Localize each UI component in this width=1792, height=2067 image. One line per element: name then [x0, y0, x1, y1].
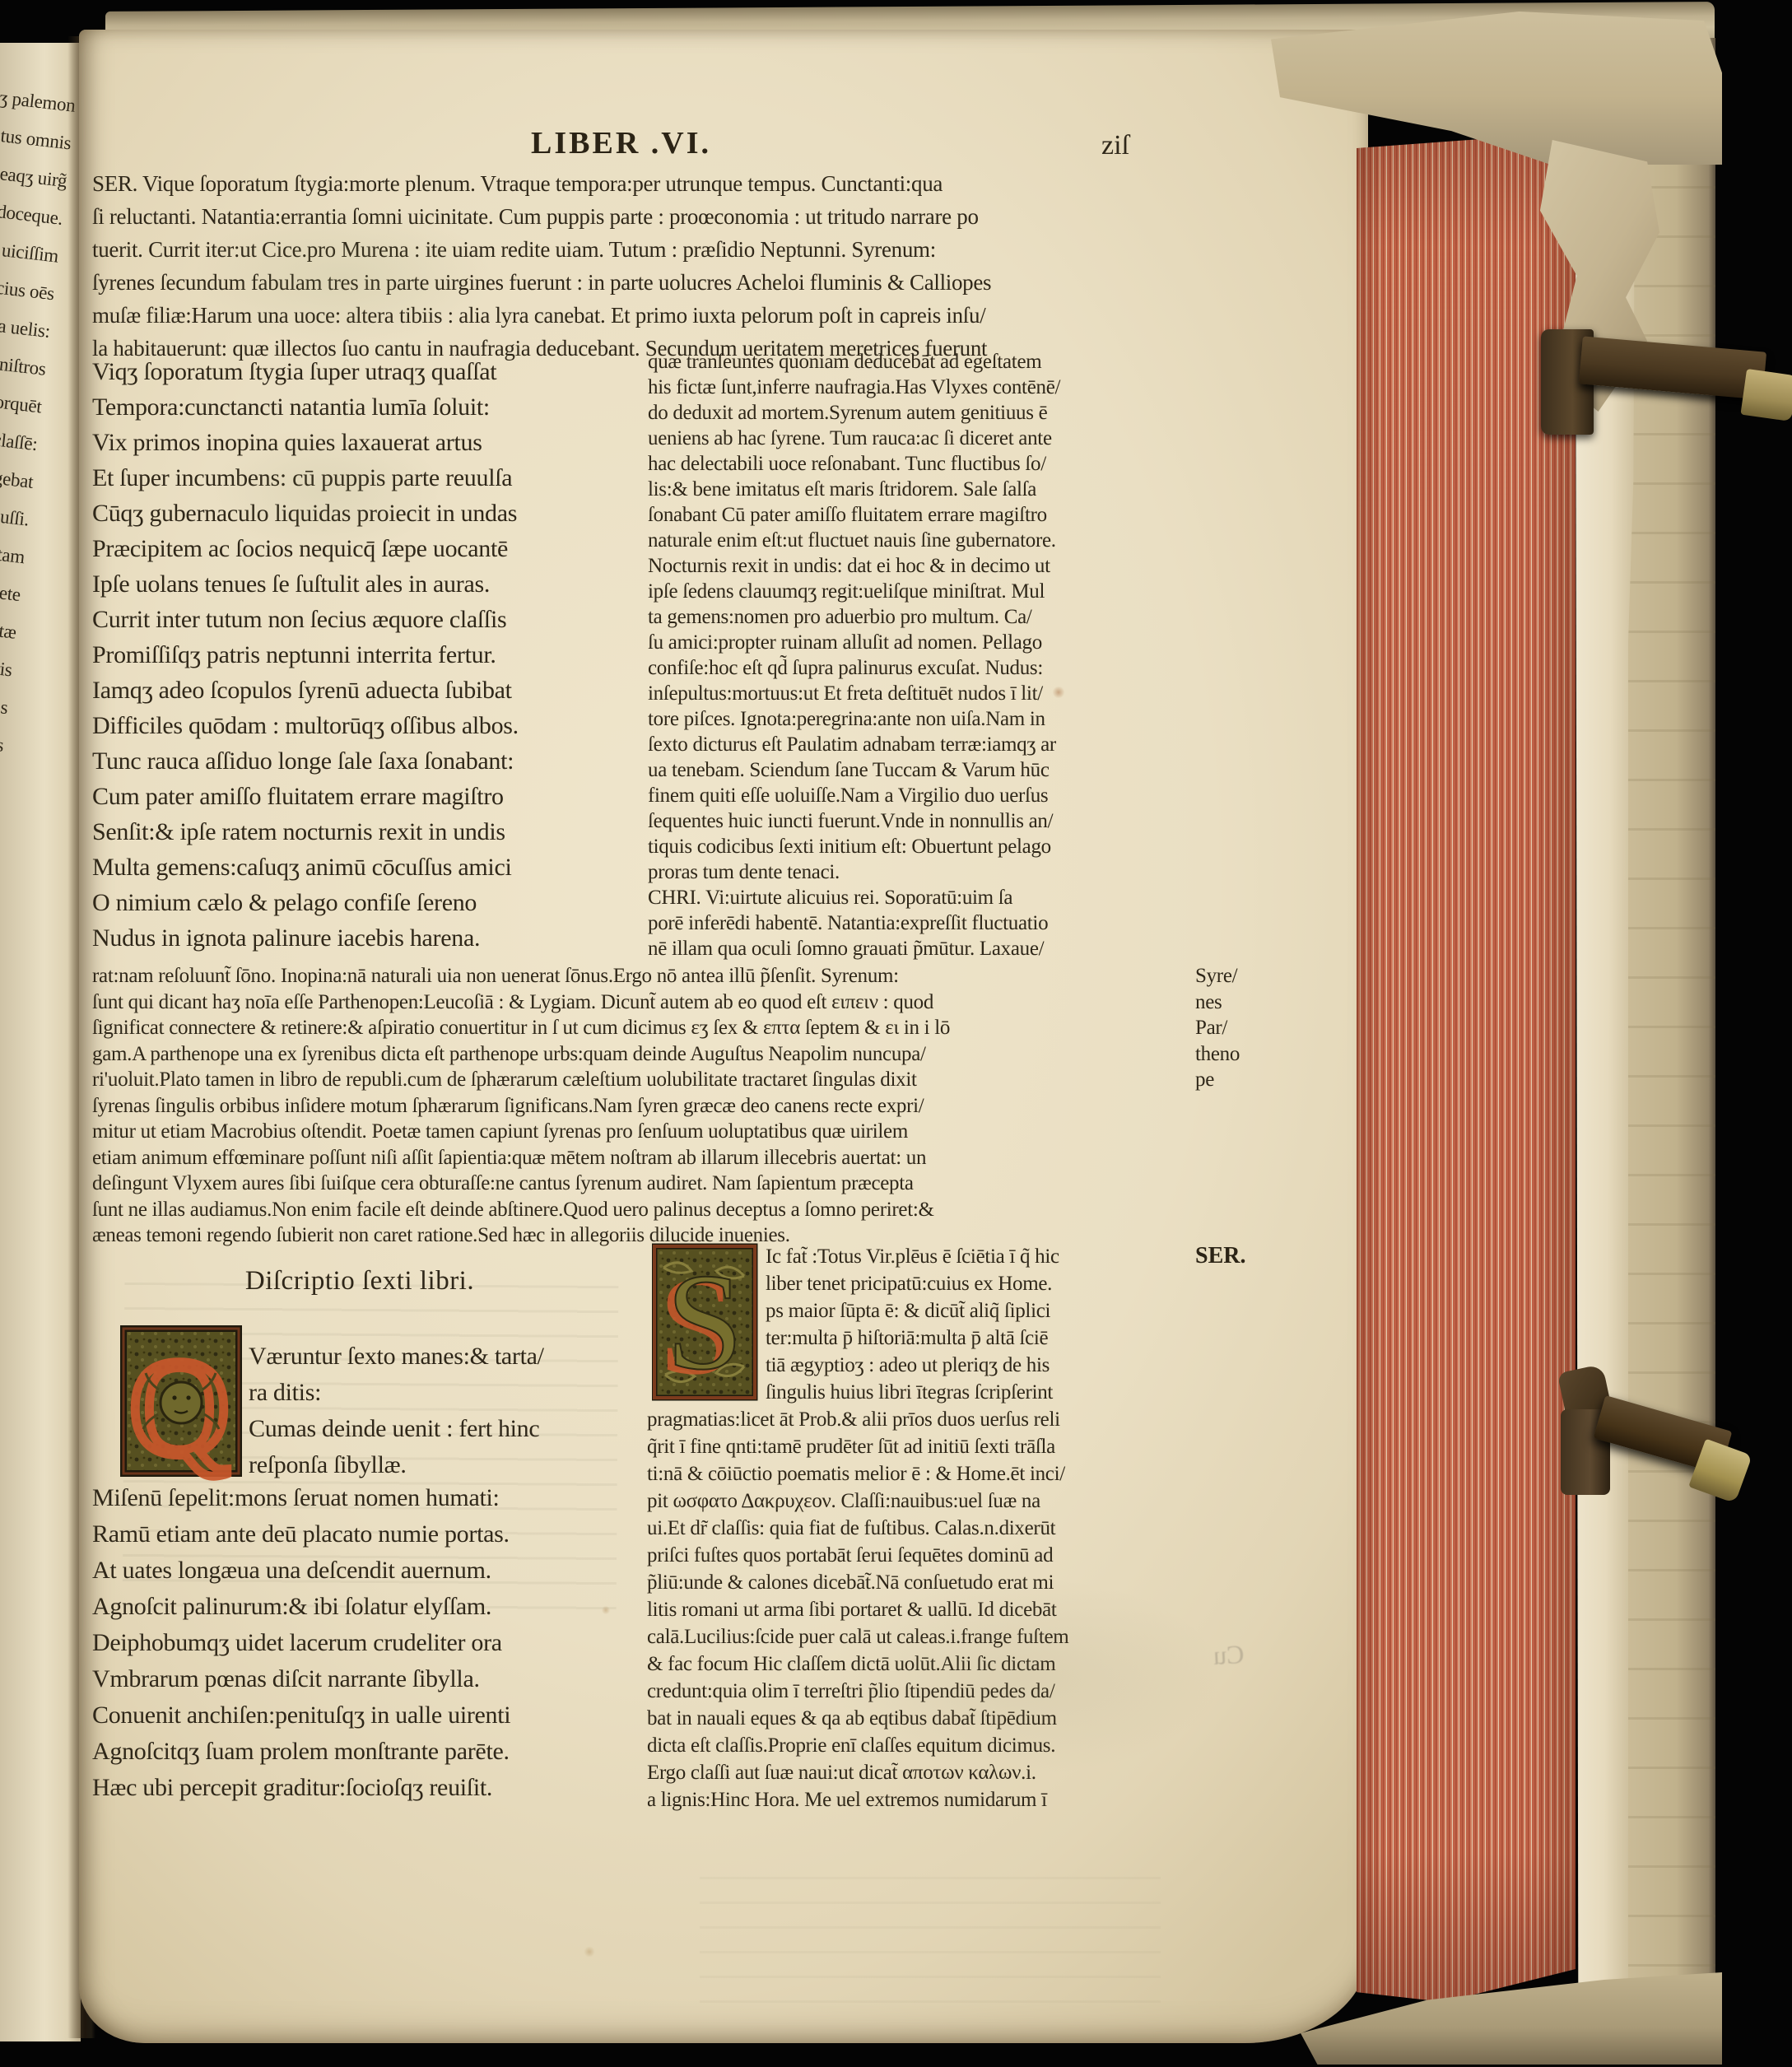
- verse-line: Promiſſiſqʒ patris neptunni interrita fe…: [92, 637, 519, 673]
- commentary-line: pragmatias:licet āt Prob.& alii prīos du…: [647, 1406, 1068, 1433]
- verse-line: Et ſuper incumbens: cū puppis parte reuu…: [92, 460, 519, 496]
- commentary-line: ſignificat connectere & retinere:& aſpir…: [92, 1015, 950, 1041]
- commentary-line: pit ωσφατο Δακρυχεον. Claſſi:nauibus:uel…: [647, 1487, 1068, 1515]
- commentary-line: priſci fuſtes quos portabāt ſerui ſequēt…: [647, 1542, 1068, 1569]
- verse-line: Deiphobumqʒ uidet lacerum crudeliter ora: [92, 1625, 510, 1661]
- commentary-line: mitur ut etiam Macrobius oſtendit. Poetæ…: [92, 1119, 950, 1145]
- verse-line: Iamqʒ adeo ſcopulos ſyrenū aduecta ſubib…: [92, 673, 519, 708]
- ink-offset-mark: Cu: [1213, 1639, 1245, 1671]
- commentary-line: ua tenebam. Sciendum ſane Tuccam & Varum…: [648, 757, 1060, 783]
- commentary-line: ſi reluctanti. Natantia:errantia ſomni u…: [92, 200, 991, 233]
- folio-number: ziſ: [1101, 130, 1129, 161]
- commentary-line: a lignis:Hinc Hora. Me uel extremos numi…: [647, 1786, 1068, 1813]
- commentary-line: ti:nā & cōiūctio poematis melior ē : & H…: [647, 1460, 1068, 1487]
- commentary-line: Nocturnis rexit in undis: dat ei hoc & i…: [648, 553, 1060, 579]
- commentary-line: quæ tranſeuntes quoniam deducebāt ad ege…: [648, 349, 1060, 375]
- verse-line: Vix primos inopina quies laxauerat artus: [92, 425, 519, 460]
- verse-lines-below-initial: Miſenū ſepelit:mons ſeruat nomen humati:…: [92, 1480, 510, 1806]
- verse-line: Multa gemens:caſuqʒ animū cōcuſſus amici: [92, 850, 519, 885]
- commentary-line: nē illam qua oculi ſomno grauati p̃mūtur…: [648, 936, 1060, 961]
- commentary-line: ter:multa p̄ hiſtoriā:multa p̄ altā ſciē: [766, 1324, 1059, 1352]
- verse-line: Hæc ubi percepit graditur:ſocioſqʒ reuiſ…: [92, 1770, 510, 1806]
- marginal-note-line: Par/: [1195, 1015, 1240, 1041]
- verse-line: reſponſa ſibyllæ.: [249, 1447, 544, 1483]
- marginal-note-line: pe: [1195, 1067, 1240, 1093]
- verse-line: Cum pater amiſſo fluitatem errare magiſt…: [92, 779, 519, 814]
- commentary-line: do deduxit ad mortem.Syrenum autem genit…: [648, 400, 1060, 426]
- commentary-line: lis:& bene imitatus eſt maris ſtridorem.…: [648, 477, 1060, 502]
- commentary-line: ſu amici:propter ruinam alluſit ad nomen…: [648, 630, 1060, 655]
- commentary-line: rat:nam reſoluunt̃ ſōno. Inopina:nā natu…: [92, 963, 950, 989]
- commentary-line: ſunt ne illas audiamus.Non enim facile e…: [92, 1197, 950, 1223]
- commentary-line: ſingulis huius libri ītegras ſcripſerint: [766, 1379, 1059, 1406]
- verse-line: Tunc rauca aſſiduo longe ſale ſaxa ſonab…: [92, 743, 519, 779]
- commentary-line: hac delectabili uoce reſonabant. Tunc fl…: [648, 451, 1060, 477]
- initial-q-woodcut-icon: Q: [120, 1324, 244, 1482]
- commentary-line: liber tenet pricipatū:cuius ex Home.: [766, 1270, 1059, 1297]
- commentary-line: q̃rit ī fine qnti:tamē prudēter ſūt ad i…: [647, 1433, 1068, 1460]
- commentary-line: Ergo claſſi aut ſuæ naui:ut dicat̃ αποτω…: [647, 1759, 1068, 1786]
- initial-s-woodcut-icon: S S: [652, 1243, 759, 1403]
- commentary-line: Ic fat̃ :Totus Vir.plēus ē ſciētia ī q̃ …: [766, 1243, 1059, 1270]
- commentary-line: ipſe ſedens clauumqʒ regit:ueliſque mini…: [648, 579, 1060, 604]
- commentary-line: ſunt qui dicant haʒ noīa eſſe Parthenope…: [92, 989, 950, 1016]
- verse-line: At uates longæua una deſcendit auernum.: [92, 1553, 510, 1589]
- verse-line: Agnoſcit palinurum:& ibi ſolatur elyſſam…: [92, 1589, 510, 1625]
- verse-line: Tempora:cunctancti natantia lumīa ſoluit…: [92, 389, 519, 425]
- verse-line: O nimium cælo & pelago confiſe ſereno: [92, 885, 519, 920]
- commentary-line: ueniens ab hac ſyrene. Tum rauca:ac ſi d…: [648, 426, 1060, 451]
- commentary-line: tore piſces. Ignota:peregrina:ante non u…: [648, 706, 1060, 732]
- verse-line: Difficiles quōdam : multorūqʒ oſſibus al…: [92, 708, 519, 743]
- commentary-line: tiquis codicibus ſexti initium eſt: Obue…: [648, 834, 1060, 859]
- commentary-line: porē inferēdi habentē. Natantia:expreſſi…: [648, 910, 1060, 936]
- verse-line: Currit inter tutum non ſecius æquore cla…: [92, 602, 519, 637]
- commentary-line: tuerit. Currit iter:ut Cice.pro Murena :…: [92, 233, 991, 266]
- marginal-note-ser: SER.: [1195, 1243, 1245, 1269]
- commentary-line: litis romani ut arma ſibi portaret & ual…: [647, 1596, 1068, 1623]
- marginal-note-syrenes: Syre/nesPar/thenope: [1195, 963, 1240, 1093]
- virgil-verse-column: Viqʒ ſoporatum ſtygia ſuper utraqʒ quaſſ…: [92, 354, 519, 956]
- commentary-line: SER. Vique ſoporatum ſtygia:morte plenum…: [92, 167, 991, 200]
- commentary-line: proras tum dente tenaci.: [648, 859, 1060, 885]
- commentary-beside-initial: Ic fat̃ :Totus Vir.plēus ē ſciētia ī q̃ …: [766, 1243, 1059, 1406]
- marginal-note-line: nes: [1195, 989, 1240, 1016]
- commentary-line: tiā ægyptioʒ : adeo ut pleriqʒ de his: [766, 1352, 1059, 1379]
- commentary-line: credunt:quia olim ī terreſtri p̃lio ſtip…: [647, 1678, 1068, 1705]
- commentary-line: naturale enim eſt:ut fluctuet nauis ſine…: [648, 528, 1060, 553]
- facing-page-text-line: uſqʒ palemon: [0, 57, 77, 124]
- verse-line: Conuenit anchiſen:penituſqʒ in ualle uir…: [92, 1697, 510, 1734]
- commentary-line: deſingunt Vlyxem aures ſibi ſuiſque cera…: [92, 1171, 950, 1197]
- section-heading: Diſcriptio ſexti libri.: [92, 1266, 627, 1297]
- verse-line: Agnoſcitqʒ ſuam prolem monſtrante parēte…: [92, 1734, 510, 1770]
- commentary-line: ps maior ſūpta ē: & dicūt̃ aliq̃ ſiplici: [766, 1297, 1059, 1324]
- commentary-line: ſyrenas ſingulis orbibus inſidere motum …: [92, 1093, 950, 1120]
- commentary-line: ſexto dicturus eſt Paulatim adnabam terr…: [648, 732, 1060, 757]
- verse-lines-beside-initial: Væruntur ſexto manes:& tarta/ra ditis:Cu…: [249, 1338, 544, 1483]
- verse-line: Cūqʒ gubernaculo liquidas proiecit in un…: [92, 496, 519, 531]
- verse-line: Ramū etiam ante deū placato numie portas…: [92, 1516, 510, 1553]
- commentary-line: finem quiti eſſe uoluiſſe.Nam a Virgilio…: [648, 783, 1060, 808]
- verse-line: Nudus in ignota palinure iacebis harena.: [92, 920, 519, 956]
- verse-line: Cumas deinde uenit : fert hinc: [249, 1411, 544, 1447]
- commentary-line: ſequentes huic iuncti fuerunt.Vnde in no…: [648, 808, 1060, 834]
- back-pages-edge: [1566, 145, 1638, 2012]
- commentary-line: p̃liū:unde & calones dicebāt̃.Nā conſuet…: [647, 1569, 1068, 1596]
- commentary-line: his fictæ ſunt,inferre naufragia.Has Vly…: [648, 375, 1060, 400]
- verse-line: Præcipitem ac ſocios nequicq̄ ſæpe uocan…: [92, 531, 519, 566]
- commentary-line: bat in nauali eques & qa ab eqtibus daba…: [647, 1705, 1068, 1732]
- page-title: LIBER .VI.: [531, 125, 711, 161]
- commentary-line: ui.Et dr̃ claſſis: quia fiat de fuſtibus…: [647, 1515, 1068, 1542]
- commentary-line: calā.Lucilius:ſcide puer calā ut caleas.…: [647, 1623, 1068, 1650]
- verse-line: Væruntur ſexto manes:& tarta/: [249, 1338, 544, 1375]
- commentary-line: ſonabant Cū pater amiſſo fluitatem errar…: [648, 502, 1060, 528]
- commentary-full-width-block: rat:nam reſoluunt̃ ſōno. Inopina:nā natu…: [92, 963, 950, 1249]
- commentary-line: CHRI. Vi:uirtute alicuius rei. Soporatū:…: [648, 885, 1060, 910]
- servius-top-commentary: SER. Vique ſoporatum ſtygia:morte plenum…: [92, 167, 991, 365]
- marginal-note-line: Syre/: [1195, 963, 1240, 989]
- commentary-line: ta gemens:nomen pro aduerbio pro multum.…: [648, 604, 1060, 630]
- initial-letter-s: S: [666, 1245, 742, 1399]
- commentary-line: etiam animum effœminare poſſunt niſi aſſ…: [92, 1145, 950, 1171]
- commentary-below-initial: pragmatias:licet āt Prob.& alii prīos du…: [647, 1406, 1068, 1813]
- commentary-line: muſæ filiæ:Harum una uoce: altera tibiis…: [92, 299, 991, 332]
- upper-clasp-brass-tip: [1740, 369, 1792, 421]
- verse-line: Miſenū ſepelit:mons ſeruat nomen humati:: [92, 1480, 510, 1516]
- red-speckled-fore-edge: [1357, 137, 1576, 2002]
- commentary-right-column: quæ tranſeuntes quoniam deducebāt ad ege…: [648, 349, 1060, 961]
- verse-line: Vmbrarum pœnas diſcit narrante ſibylla.: [92, 1661, 510, 1697]
- commentary-line: & fac focum Hic claſſem dictā uolūt.Alii…: [647, 1650, 1068, 1678]
- verse-line: ra ditis:: [249, 1375, 544, 1411]
- verse-line: Ipſe uolans tenues ſe ſuſtulit ales in a…: [92, 566, 519, 602]
- verse-line: Senſit:& ipſe ratem nocturnis rexit in u…: [92, 814, 519, 850]
- commentary-line: dicta eſt claſſis.Proprie enī claſſes eq…: [647, 1732, 1068, 1759]
- commentary-line: ri'uoluit.Plato tamen in libro de republ…: [92, 1067, 950, 1093]
- commentary-line: ſyrenes ſecundum fabulam tres in parte u…: [92, 266, 991, 299]
- verse-line: Viqʒ ſoporatum ſtygia ſuper utraqʒ quaſſ…: [92, 354, 519, 389]
- marginal-note-line: theno: [1195, 1041, 1240, 1068]
- photograph-of-incunable-book: { "page": { "header": { "title": "LIBER …: [0, 0, 1792, 2067]
- commentary-line: inſepultus:mortuus:ut Et freta deſtituēt…: [648, 681, 1060, 706]
- commentary-line: confiſe:hoc eſt qd̃ ſupra palinurus excu…: [648, 655, 1060, 681]
- facing-page-text-fragments: uſqʒ palemonercitus omnise pāopeaqʒ uirg…: [0, 57, 77, 2006]
- commentary-line: gam.A parthenope una ex ſyrenibus dicta …: [92, 1041, 950, 1068]
